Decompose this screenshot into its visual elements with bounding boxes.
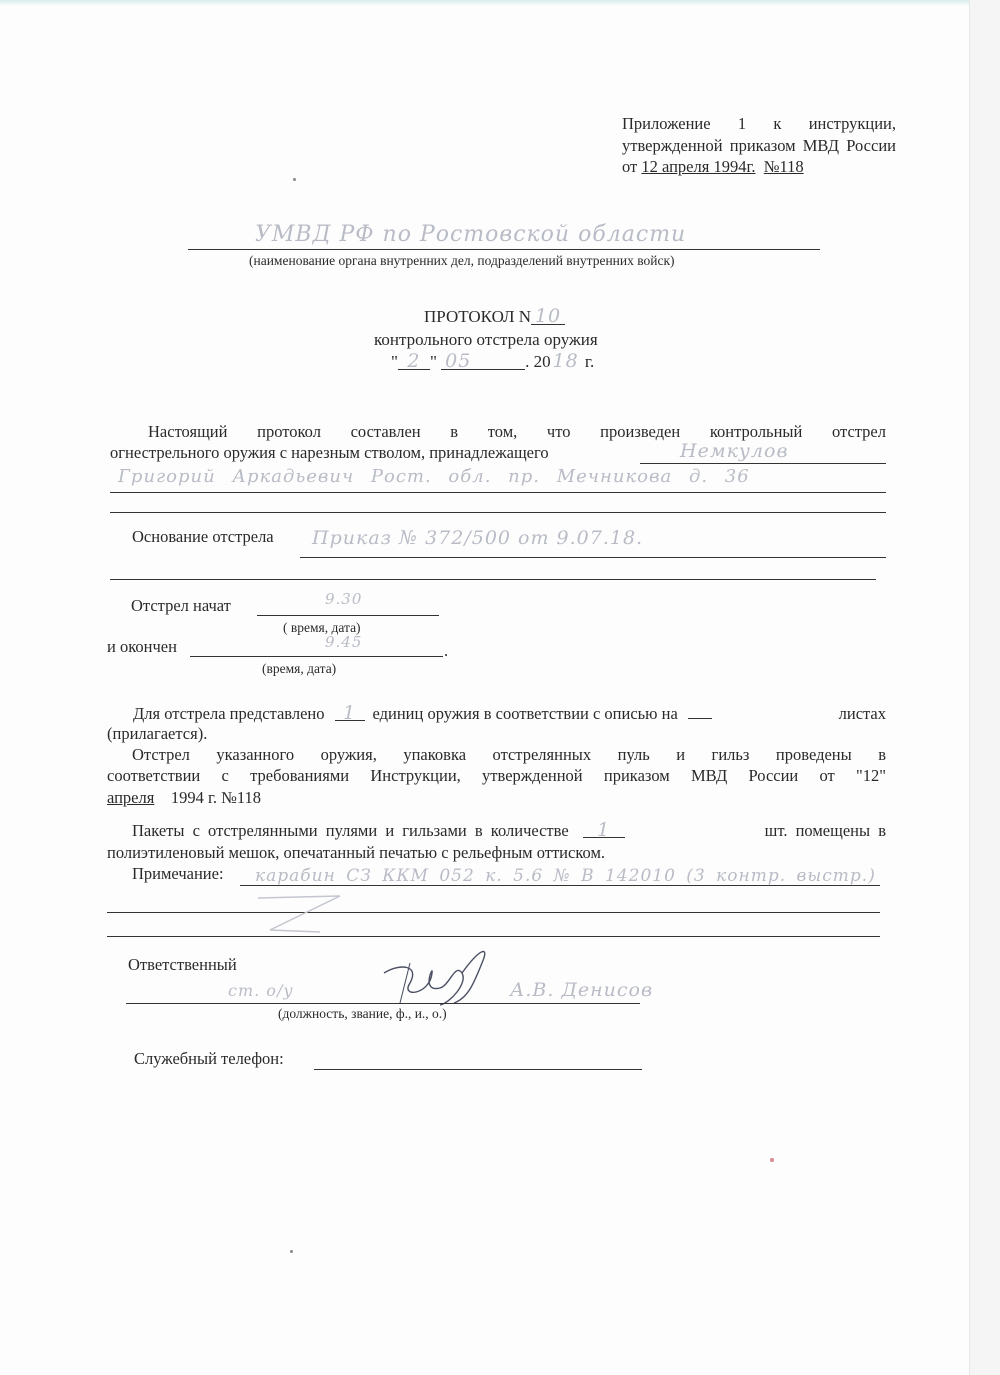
- start-label: Отстрел начат: [131, 596, 231, 616]
- p2-middle: единиц оружия в соответствии с описью на: [373, 704, 678, 724]
- basis-rule-2: [110, 579, 876, 580]
- owner-line-3-rule: [110, 512, 886, 513]
- p4-suffix: шт. помещены в: [633, 821, 886, 841]
- owner-line-1-rule: [640, 463, 886, 464]
- responsible-position: ст. о/у: [228, 981, 294, 1000]
- scan-margin-strip: [969, 0, 1000, 1375]
- owner-line-2: Григорий Аркадьевич Рост. обл. пр. Мечни…: [118, 466, 750, 487]
- p2-pages-blank: [688, 706, 712, 719]
- p1-line-2: огнестрельного оружия с нарезным стволом…: [110, 443, 549, 463]
- responsible-caption: (должность, звание, ф., и., о.): [278, 1006, 447, 1022]
- p4-count: 1: [583, 823, 625, 838]
- note-rule-3: [107, 936, 880, 937]
- owner-line-1: Немкулов: [680, 440, 789, 462]
- p3-line-1: Отстрел указанного оружия, упаковка отст…: [132, 745, 886, 765]
- scan-speck: [770, 1158, 774, 1162]
- note-value: карабин СЗ ККМ 052 к. 5.6 № В 142010 (3 …: [255, 866, 876, 886]
- appendix-word: 1: [738, 114, 746, 134]
- p2-line-1: Для отстрела представлено 1 единиц оружи…: [133, 704, 886, 724]
- basis-rule: [300, 557, 886, 558]
- protocol-number: 10: [531, 308, 565, 325]
- appendix-word: к: [773, 114, 781, 134]
- date-g: г.: [585, 352, 594, 371]
- appendix-word: инструкции,: [809, 114, 896, 134]
- end-value: 9.45: [325, 633, 362, 651]
- protocol-subtitle: контрольного отстрела оружия: [374, 330, 598, 350]
- organ-handwritten: УМВД РФ по Ростовской области: [255, 222, 686, 247]
- p2-suffix: листах: [722, 704, 886, 724]
- owner-line-2-rule: [110, 492, 886, 493]
- responsible-label: Ответственный: [128, 955, 237, 975]
- basis-label: Основание отстрела: [132, 527, 274, 547]
- start-value: 9.30: [325, 590, 362, 608]
- end-rule: [190, 656, 443, 657]
- phone-rule: [314, 1069, 642, 1070]
- end-label: и окончен: [107, 637, 177, 657]
- responsible-rule: [126, 1003, 640, 1004]
- protocol-date: "2" 05. 2018 г.: [391, 352, 594, 372]
- date-month: 05: [441, 354, 525, 370]
- appendix-line-1: Приложение 1 к инструкции,: [622, 114, 896, 134]
- note-label: Примечание:: [132, 864, 224, 884]
- appendix-line-2: утвержденной приказом МВД России: [622, 136, 896, 156]
- protocol-title: ПРОТОКОЛ N10: [424, 307, 565, 327]
- scan-speck: [290, 1250, 293, 1253]
- end-caption: (время, дата): [262, 661, 336, 677]
- appendix-number: №118: [764, 157, 804, 176]
- date-year: 18: [551, 354, 581, 369]
- protocol-label: ПРОТОКОЛ N: [424, 307, 531, 326]
- start-rule: [257, 615, 439, 616]
- p3-line-2: соответствии с требованиями Инструкции, …: [107, 766, 886, 786]
- date-day: 2: [398, 354, 430, 370]
- date-year-prefix: . 20: [525, 352, 551, 371]
- p3-month: апреля: [107, 788, 154, 807]
- phone-value[interactable]: [316, 1049, 642, 1069]
- p3-rest: 1994 г. №118: [171, 788, 261, 807]
- appendix-line-3: от 12 апреля 1994г. №118: [622, 157, 804, 177]
- phone-label: Служебный телефон:: [134, 1049, 284, 1069]
- p2-prefix: Для отстрела представлено: [133, 704, 325, 724]
- p4-line-2: полиэтиленовый мешок, опечатанный печать…: [107, 843, 605, 863]
- note-rule-1: [240, 885, 880, 886]
- p2-line-2: (прилагается).: [107, 724, 207, 744]
- p4-line-1: Пакеты с отстрелянными пулями и гильзами…: [132, 821, 886, 841]
- document-page: Приложение 1 к инструкции, утвержденной …: [0, 0, 1000, 1375]
- scan-speck: [293, 178, 296, 181]
- appendix-date: 12 апреля 1994г.: [641, 157, 755, 176]
- p2-units: 1: [335, 706, 365, 721]
- p4-prefix: Пакеты с отстрелянными пулями и гильзами…: [132, 821, 569, 841]
- appendix-prefix: от: [622, 157, 641, 176]
- organ-line: [188, 249, 820, 250]
- basis-value: Приказ № 372/500 от 9.07.18.: [312, 527, 643, 549]
- end-period: .: [444, 641, 448, 661]
- scan-edge: [0, 0, 1000, 6]
- organ-caption: (наименование органа внутренних дел, под…: [249, 253, 675, 269]
- strike-z-mark: [240, 888, 360, 938]
- note-rule-2: [107, 912, 880, 913]
- responsible-name: А.В. Денисов: [510, 979, 653, 1001]
- p1-line-1: Настоящий протокол составлен в том, что …: [148, 422, 886, 442]
- p3-line-3: апреля 1994 г. №118: [107, 788, 261, 808]
- appendix-word: Приложение: [622, 114, 711, 134]
